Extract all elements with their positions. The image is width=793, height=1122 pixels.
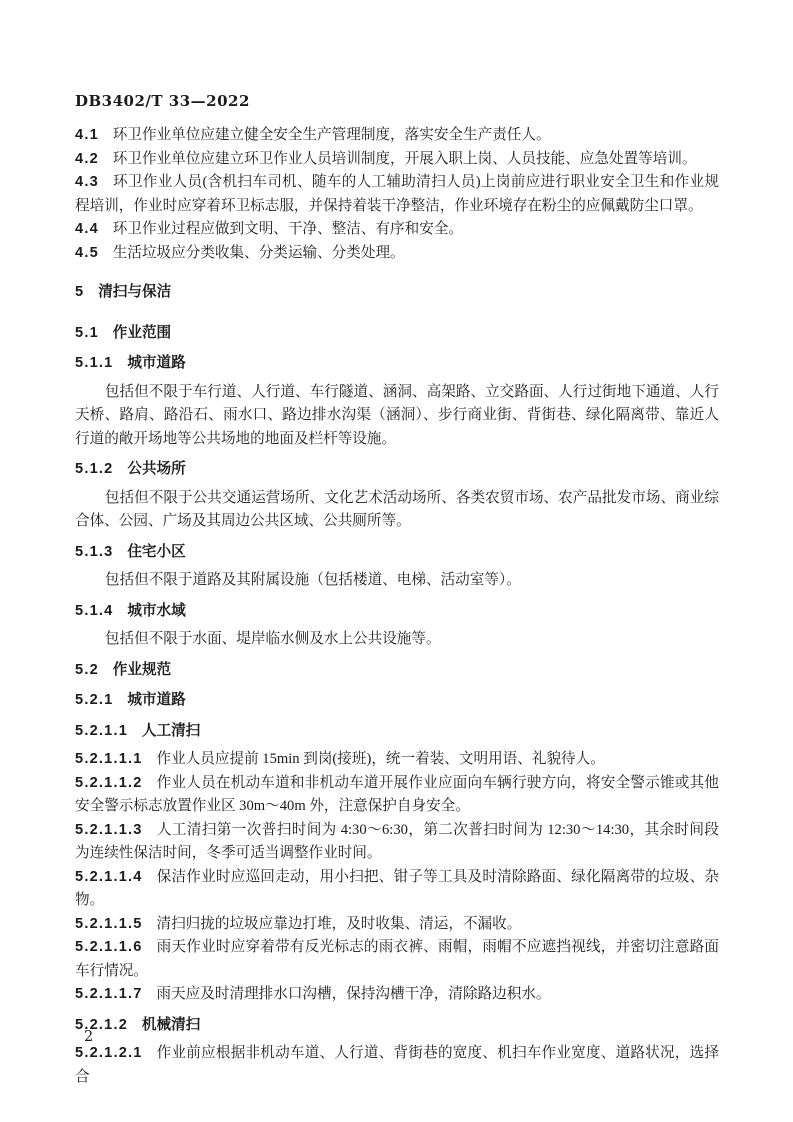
clause-number: 5.2.1.1.5	[75, 916, 143, 932]
clause-text: 作业前应根据非机动车道、人行道、背街巷的宽度、机扫车作业宽度、道路状况，选择合	[75, 1045, 719, 1085]
clause-number: 4.5	[75, 245, 99, 261]
clause-paragraph-4-2: 4.2环卫作业单位应建立环卫作业人员培训制度，开展入职上岗、人员技能、应急处置等…	[75, 148, 719, 172]
clause-paragraph-5-2-1-1-3: 5.2.1.1.3人工清扫第一次普扫时间为 4:30～6:30，第二次普扫时间为…	[75, 819, 719, 866]
clause-number: 5.2.1.2.1	[75, 1045, 143, 1061]
clause-number: 5.2.1.1.6	[75, 939, 143, 955]
body-paragraph: 包括但不限于道路及其附属设施（包括楼道、电梯、活动室等）。	[75, 569, 719, 593]
clause-number: 5.2.1.1.7	[75, 986, 143, 1002]
clause-text: 包括但不限于水面、堤岸临水侧及水上公共设施等。	[105, 631, 441, 647]
section-heading-5-2-1-1: 5.2.1.1人工清扫	[75, 720, 719, 744]
clause-paragraph-5-2-1-2-1: 5.2.1.2.1作业前应根据非机动车道、人行道、背街巷的宽度、机扫车作业宽度、…	[75, 1042, 719, 1089]
clause-text: 生活垃圾应分类收集、分类运输、分类处理。	[113, 245, 405, 261]
section-heading-5-2: 5.2作业规范	[75, 659, 719, 683]
clause-text: 雨天作业时应穿着带有反光标志的雨衣裤、雨帽，雨帽不应遮挡视线，并密切注意路面车行…	[75, 939, 719, 979]
clause-text: 作业人员应提前 15min 到岗(接班)，统一着装、文明用语、礼貌待人。	[156, 751, 604, 767]
clause-number: 5.2.1.1.2	[75, 775, 143, 791]
heading-number: 5.1.2	[75, 461, 113, 477]
heading-text: 机械清扫	[142, 1017, 200, 1033]
clause-text: 包括但不限于道路及其附属设施（包括楼道、电梯、活动室等）。	[105, 572, 521, 588]
heading-number: 5.1.3	[75, 544, 113, 560]
document-page: DB3402/T 33—2022 4.1环卫作业单位应建立健全安全生产管理制度，…	[0, 0, 793, 1122]
heading-number: 5.2.1.1	[75, 723, 128, 739]
clause-number: 4.4	[75, 221, 99, 237]
clause-text: 保洁作业时应巡回走动，用小扫把、钳子等工具及时清除路面、绿化隔离带的垃圾、杂物。	[75, 869, 719, 909]
clause-paragraph-4-4: 4.4环卫作业过程应做到文明、干净、整洁、有序和安全。	[75, 218, 719, 242]
heading-text: 城市水域	[127, 603, 185, 619]
section-heading-5-2-1-2: 5.2.1.2机械清扫	[75, 1014, 719, 1038]
clause-text: 环卫作业单位应建立环卫作业人员培训制度，开展入职上岗、人员技能、应急处置等培训。	[113, 151, 697, 167]
clause-number: 5.2.1.1.3	[75, 822, 143, 838]
heading-text: 公共场所	[127, 461, 185, 477]
heading-number: 5.1	[75, 325, 99, 341]
clause-paragraph-5-2-1-1-7: 5.2.1.1.7雨天应及时清理排水口沟槽，保持沟槽干净，清除路边积水。	[75, 983, 719, 1007]
document-body: 4.1环卫作业单位应建立健全安全生产管理制度，落实安全生产责任人。4.2环卫作业…	[75, 124, 719, 1089]
clause-number: 4.1	[75, 127, 99, 143]
clause-text: 作业人员在机动车道和非机动车道开展作业应面向车辆行驶方向，将安全警示锥或其他安全…	[75, 775, 719, 815]
section-heading-5-1-2: 5.1.2公共场所	[75, 458, 719, 482]
clause-text: 环卫作业人员(含机扫车司机、随车的人工辅助清扫人员)上岗前应进行职业安全卫生和作…	[75, 174, 719, 214]
heading-text: 作业范围	[113, 325, 171, 341]
clause-text: 环卫作业过程应做到文明、干净、整洁、有序和安全。	[113, 221, 463, 237]
heading-number: 5.1.1	[75, 355, 113, 371]
clause-paragraph-4-1: 4.1环卫作业单位应建立健全安全生产管理制度，落实安全生产责任人。	[75, 124, 719, 148]
clause-paragraph-5-2-1-1-6: 5.2.1.1.6雨天作业时应穿着带有反光标志的雨衣裤、雨帽，雨帽不应遮挡视线，…	[75, 936, 719, 983]
section-heading-5-1-1: 5.1.1城市道路	[75, 352, 719, 376]
clause-number: 5.2.1.1.4	[75, 869, 143, 885]
clause-paragraph-5-2-1-1-4: 5.2.1.1.4保洁作业时应巡回走动，用小扫把、钳子等工具及时清除路面、绿化隔…	[75, 866, 719, 913]
page-number: 2	[84, 1029, 93, 1045]
body-paragraph: 包括但不限于车行道、人行道、车行隧道、涵洞、高架路、立交路面、人行过街地下通道、…	[75, 381, 719, 452]
section-heading-5-1: 5.1作业范围	[75, 322, 719, 346]
section-heading-5-1-3: 5.1.3住宅小区	[75, 541, 719, 565]
clause-text: 包括但不限于车行道、人行道、车行隧道、涵洞、高架路、立交路面、人行过街地下通道、…	[75, 384, 719, 447]
heading-number: 5	[75, 284, 84, 300]
section-heading-5-1-4: 5.1.4城市水域	[75, 600, 719, 624]
clause-paragraph-4-3: 4.3环卫作业人员(含机扫车司机、随车的人工辅助清扫人员)上岗前应进行职业安全卫…	[75, 171, 719, 218]
clause-paragraph-5-2-1-1-1: 5.2.1.1.1作业人员应提前 15min 到岗(接班)，统一着装、文明用语、…	[75, 748, 719, 772]
clause-number: 4.2	[75, 151, 99, 167]
document-code: DB3402/T 33—2022	[75, 92, 250, 110]
clause-paragraph-4-5: 4.5生活垃圾应分类收集、分类运输、分类处理。	[75, 242, 719, 266]
clause-text: 包括但不限于公共交通运营场所、文化艺术活动场所、各类农贸市场、农产品批发市场、商…	[75, 490, 719, 530]
heading-text: 城市道路	[127, 692, 185, 708]
clause-text: 清扫归拢的垃圾应靠边打堆，及时收集、清运，不漏收。	[156, 916, 521, 932]
body-paragraph: 包括但不限于水面、堤岸临水侧及水上公共设施等。	[75, 628, 719, 652]
heading-text: 城市道路	[127, 355, 185, 371]
clause-paragraph-5-2-1-1-5: 5.2.1.1.5清扫归拢的垃圾应靠边打堆，及时收集、清运，不漏收。	[75, 913, 719, 937]
clause-number: 4.3	[75, 174, 99, 190]
clause-text: 环卫作业单位应建立健全安全生产管理制度，落实安全生产责任人。	[113, 127, 551, 143]
body-paragraph: 包括但不限于公共交通运营场所、文化艺术活动场所、各类农贸市场、农产品批发市场、商…	[75, 487, 719, 534]
heading-number: 5.2.1.2	[75, 1017, 128, 1033]
heading-number: 5.1.4	[75, 603, 113, 619]
heading-number: 5.2	[75, 662, 99, 678]
clause-text: 人工清扫第一次普扫时间为 4:30～6:30，第二次普扫时间为 12:30～14…	[75, 822, 719, 862]
clause-number: 5.2.1.1.1	[75, 751, 143, 767]
clause-paragraph-5-2-1-1-2: 5.2.1.1.2作业人员在机动车道和非机动车道开展作业应面向车辆行驶方向，将安…	[75, 772, 719, 819]
heading-text: 作业规范	[113, 662, 171, 678]
section-heading-5-2-1: 5.2.1城市道路	[75, 689, 719, 713]
section-heading-5: 5清扫与保洁	[75, 281, 719, 305]
heading-number: 5.2.1	[75, 692, 113, 708]
heading-text: 人工清扫	[142, 723, 200, 739]
clause-text: 雨天应及时清理排水口沟槽，保持沟槽干净，清除路边积水。	[156, 986, 550, 1002]
heading-text: 住宅小区	[127, 544, 185, 560]
heading-text: 清扫与保洁	[98, 284, 171, 300]
